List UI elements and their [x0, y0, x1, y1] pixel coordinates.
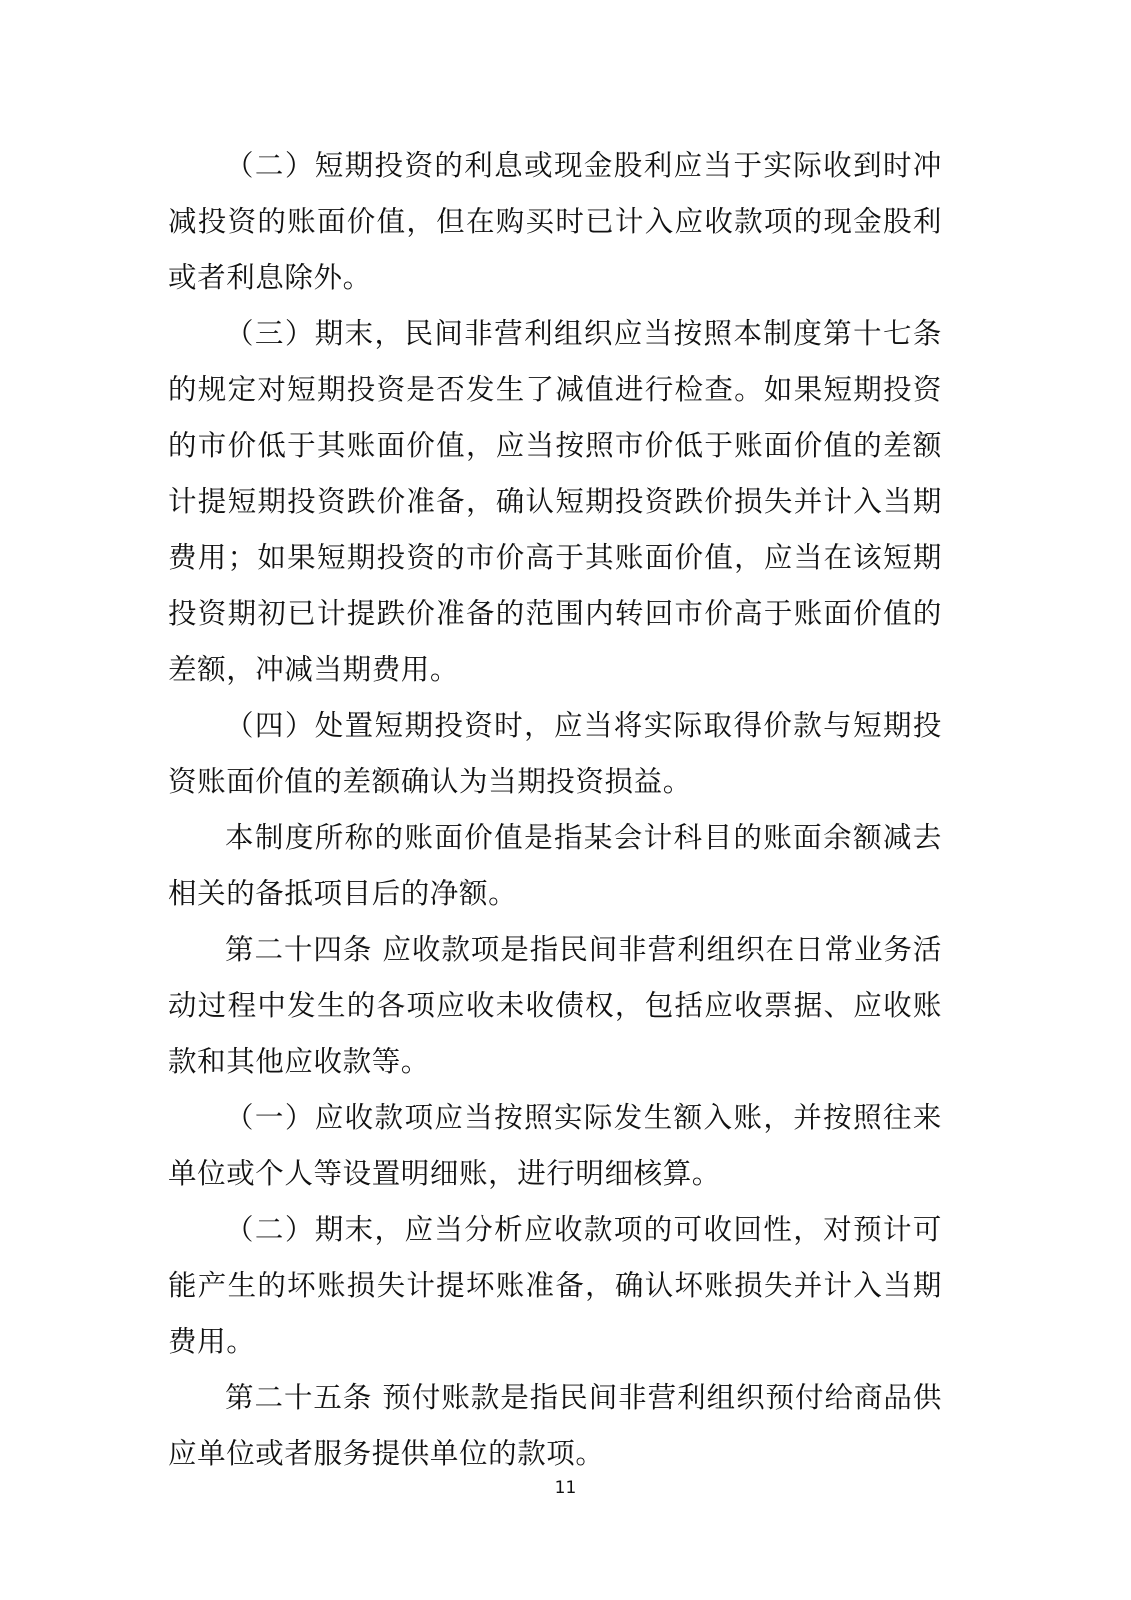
paragraph-article-25: 第二十五条 预付账款是指民间非营利组织预付给商品供应单位或者服务提供单位的款项。 — [168, 1370, 942, 1482]
paragraph-short-term-investment-impairment: （三）期末，民间非营利组织应当按照本制度第十七条的规定对短期投资是否发生了减值进… — [168, 306, 942, 698]
document-body: （二）短期投资的利息或现金股利应当于实际收到时冲减投资的账面价值，但在购买时已计… — [168, 138, 942, 1482]
paragraph-book-value-definition: 本制度所称的账面价值是指某会计科目的账面余额减去相关的备抵项目后的净额。 — [168, 810, 942, 922]
paragraph-receivables-recording: （一）应收款项应当按照实际发生额入账，并按照往来单位或个人等设置明细账，进行明细… — [168, 1090, 942, 1202]
page-number: 11 — [0, 1478, 1131, 1498]
paragraph-bad-debt-provision: （二）期末，应当分析应收款项的可收回性，对预计可能产生的坏账损失计提坏账准备，确… — [168, 1202, 942, 1370]
paragraph-article-24: 第二十四条 应收款项是指民间非营利组织在日常业务活动过程中发生的各项应收未收债权… — [168, 922, 942, 1090]
paragraph-short-term-investment-interest: （二）短期投资的利息或现金股利应当于实际收到时冲减投资的账面价值，但在购买时已计… — [168, 138, 942, 306]
paragraph-short-term-investment-disposal: （四）处置短期投资时，应当将实际取得价款与短期投资账面价值的差额确认为当期投资损… — [168, 698, 942, 810]
